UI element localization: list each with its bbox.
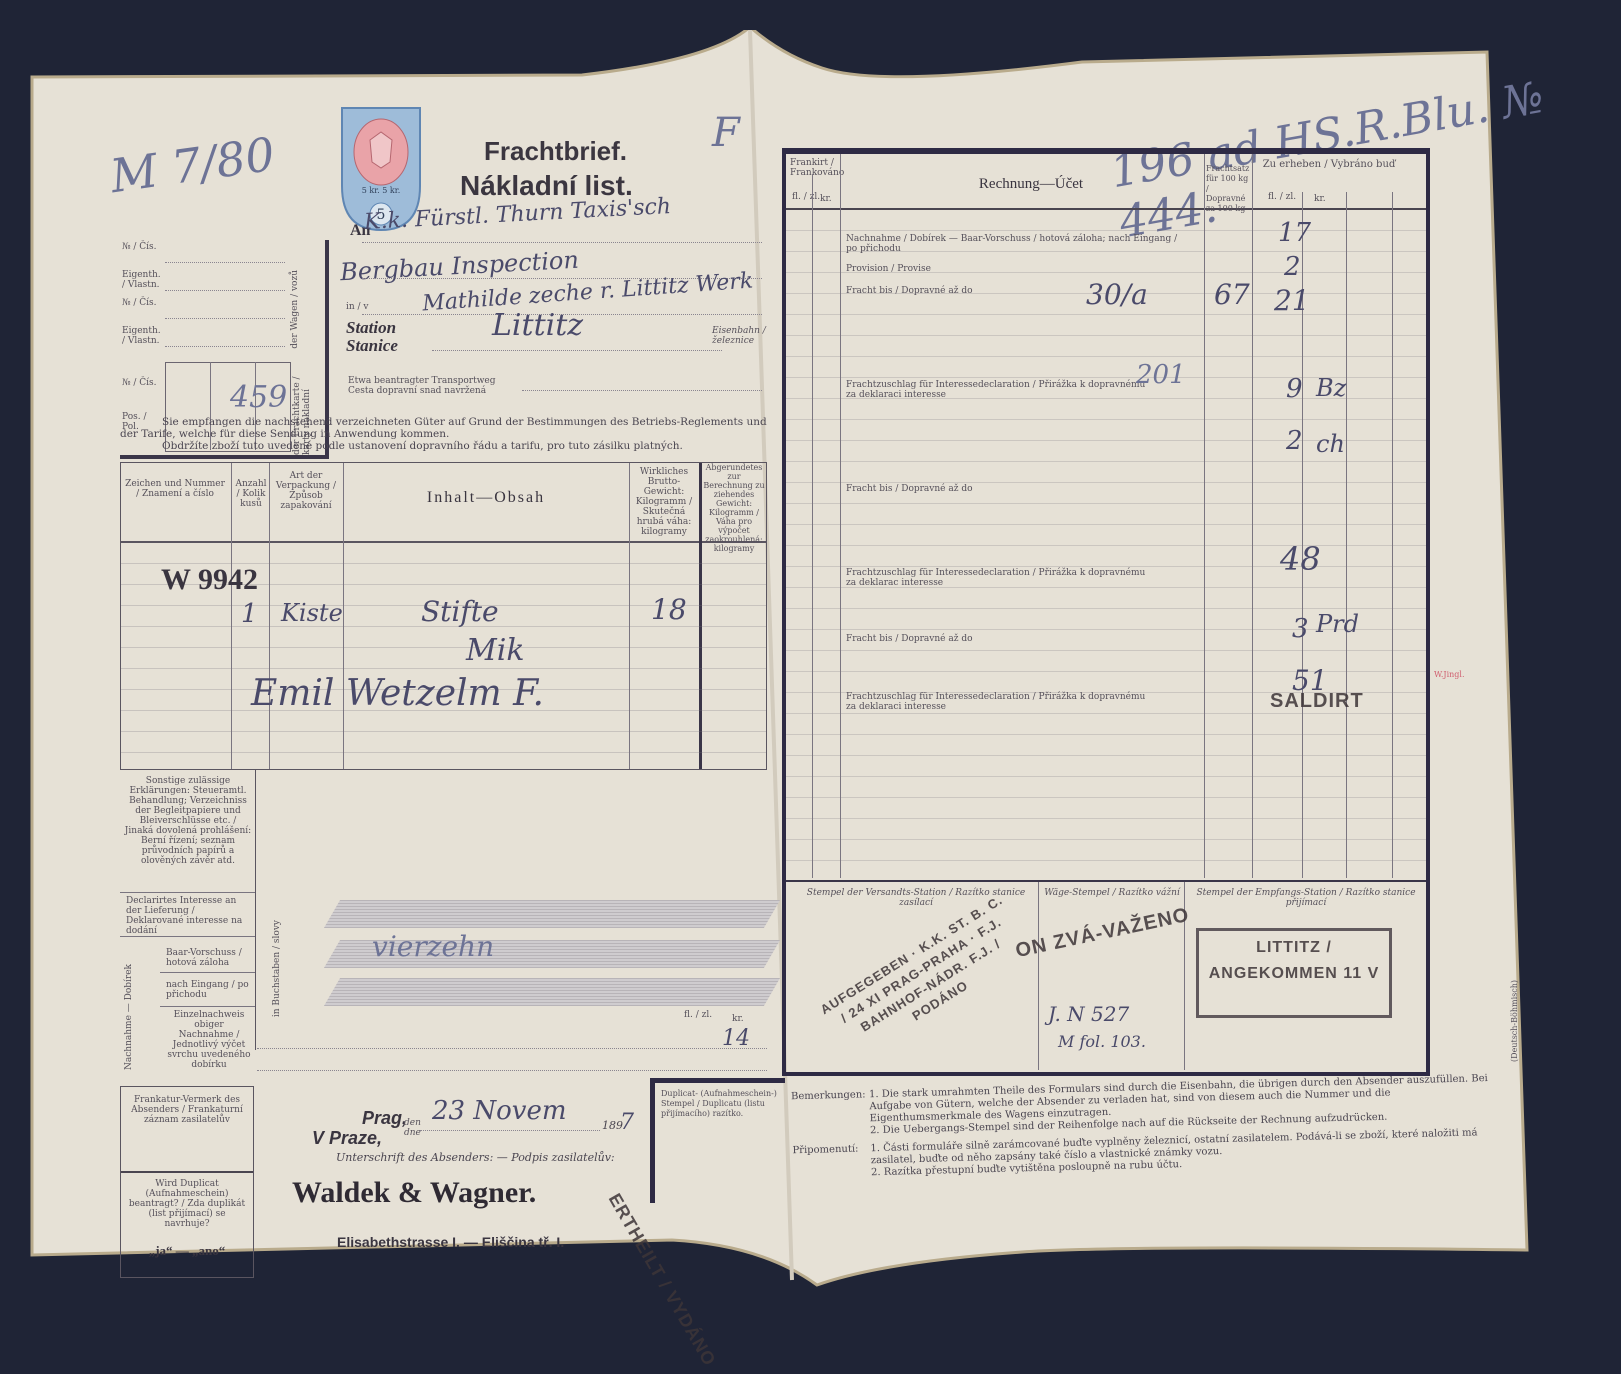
sender-signature-label: Unterschrift des Absenders: — Podpis zas…: [336, 1152, 615, 1164]
stamp-boxes: Stempel der Versandts-Station / Razítko …: [786, 880, 1426, 1070]
year-suffix: 7: [620, 1110, 634, 1135]
route-label-cs: Cesta dopravní snad navržená: [348, 386, 486, 396]
section-surcharge-3: Frachtzuschlag für Interessedeclaration …: [846, 692, 1146, 712]
header-franked: Frankirt / Frankováno: [790, 158, 838, 178]
dne-label: dne: [404, 1128, 421, 1138]
section-surcharge-1-entry: 201: [1136, 360, 1186, 390]
footer-left-box: Frankatur-Vermerk des Absenders / Franka…: [120, 1086, 254, 1278]
section-freight-2: Fracht bis / Dopravné až do: [846, 484, 973, 494]
wagon-field-3: № / Čís.: [122, 298, 162, 308]
words-band-1: [324, 900, 780, 928]
place-cs: V Praze,: [312, 1128, 382, 1149]
section-freight-3: Fracht bis / Dopravné až do: [846, 634, 973, 644]
margin-note: W.Jingl.: [1434, 670, 1465, 680]
col-gross-header: Wirkliches Brutto-Gewicht: Kilogramm / S…: [631, 467, 697, 537]
col-packing-header: Art der Verpackung / Způsob zapakování: [271, 471, 341, 511]
declared-interest: Declarirtes Interesse an der Lieferung /…: [126, 896, 250, 936]
fl-label: fl. / zl.: [684, 1010, 712, 1020]
col-content-header: Inhalt—Obsah: [346, 489, 626, 507]
dispatch-stamp: AUFGEGEBEN · K.K. ST. B. C. / 24 XI PRAG…: [814, 889, 1039, 1067]
section-freight-3-value: 3: [1292, 614, 1309, 644]
cod-after-receipt: nach Eingang / po přichodu: [166, 980, 252, 1000]
intro-cs: Obdržíte zboží tuto uvedené podle ustano…: [162, 440, 683, 452]
railway-label: Eisenbahn / železnice: [712, 326, 768, 346]
wagon-field-1: № / Čís.: [122, 242, 162, 252]
header-kr: kr.: [820, 194, 832, 204]
wagon-field-2: Eigenth. / Vlastn.: [122, 270, 162, 290]
arrival-stamp-label: Stempel der Empfangs-Station / Razítko s…: [1188, 888, 1424, 908]
wagon-side-label: der Wagen / vozů: [290, 270, 300, 349]
title-de: Frachtbrief.: [484, 136, 627, 167]
sender-address: Elisabethstrasse I. — Eliščina tř. I.: [337, 1234, 564, 1250]
duplicate-label: Wird Duplicat (Aufnahmeschein) beantragt…: [125, 1179, 249, 1229]
header-fl: fl. / zl.: [792, 192, 820, 202]
section-provision-value: 2: [1284, 252, 1301, 282]
section-cod: Nachnahme / Dobírek — Baar-Vorschuss / h…: [846, 234, 1186, 254]
freight-document: M 7/80 F 5 5 kr. 5 kr. Frachtbrief. Nákl…: [22, 30, 1587, 1295]
goods-table-header: Zeichen und Nummer / Znamení a číslo Anz…: [121, 463, 766, 543]
franking-label: Frankatur-Vermerk des Absenders / Franka…: [125, 1095, 249, 1125]
weighing-note-2: M fol. 103.: [1058, 1032, 1146, 1051]
sender-name: Waldek & Wagner.: [292, 1176, 536, 1210]
section-provision: Provision / Provise: [846, 264, 931, 274]
date-value: 23 Novem: [432, 1096, 566, 1126]
route-label-de: Etwa beantragter Transportweg: [348, 376, 496, 386]
section-freight-3-kr: Prd: [1316, 610, 1359, 638]
svg-text:5 kr. 5 kr.: 5 kr. 5 kr.: [362, 186, 400, 195]
weighing-stamp: ON ZVÁ-VAŽENO: [1014, 904, 1192, 963]
header-rate: Frachtsatz für 100 kg / Dopravné za 100 …: [1206, 164, 1250, 214]
saldirt-stamp: SALDIRT: [1270, 690, 1364, 713]
station-value: Littitz: [492, 308, 583, 343]
collect-kr: kr.: [1314, 194, 1326, 204]
section-extra-kr: ch: [1316, 430, 1345, 458]
cod-cash-advance: Baar-Vorschuss / hotová záloha: [166, 948, 252, 968]
declarations-box: Sonstige zulässige Erklärungen: Steueram…: [120, 770, 256, 1050]
in-label: in / v: [346, 302, 369, 312]
section-freight-1-value: 21: [1274, 284, 1310, 317]
section-cod-value: 17: [1278, 218, 1311, 248]
cod-itemization: Einzelnachweis obiger Nachnahme / Jednot…: [166, 1010, 252, 1070]
intro-de-1: Sie empfangen die nachstehend verzeichne…: [162, 416, 767, 428]
intro-de-2: der Tarife, welche für diese Sendung in …: [120, 428, 449, 440]
remarks-de-label: Bemerkungen:: [791, 1089, 870, 1139]
col-mark-header: Zeichen und Nummer / Znamení a číslo: [125, 479, 225, 499]
kr-label: kr.: [732, 1014, 744, 1024]
place-de: Prag,: [362, 1108, 407, 1129]
goods-table: Zeichen und Nummer / Znamení a číslo Anz…: [120, 462, 767, 770]
in-words-value: vierzehn: [372, 930, 494, 963]
card-field-1: № / Čís.: [122, 378, 162, 388]
invoice-header: Frankirt / Frankováno fl. / zl. kr. Rech…: [786, 154, 1426, 210]
section-surcharge-2: Frachtzuschlag für Interessedeclaration …: [846, 568, 1146, 588]
side-note: (Deutsch-Böhmisch): [1510, 980, 1520, 1062]
corner-note: F: [712, 110, 740, 156]
goods-gross-weight: 18: [651, 593, 687, 626]
section-surcharge-1: Frachtzuschlag für Interessedeclaration …: [846, 380, 1146, 400]
goods-count: 1: [241, 599, 258, 629]
cod-side-label: Nachnahme — Dobírek: [124, 950, 134, 1070]
in-words-label: in Buchstaben / slovy: [272, 920, 282, 1017]
goods-mark: W 9942: [161, 563, 258, 597]
signature-line-2: Emil Wetzelm F.: [251, 673, 544, 714]
station-label-cs: Stanice: [346, 336, 398, 356]
duplicate-stamp-label: Duplicat- (Aufnahmeschein-) Stempel / Du…: [661, 1089, 781, 1119]
section-surcharge-1-kr: Bz: [1316, 374, 1346, 402]
section-freight-1-rate: 67: [1214, 278, 1250, 311]
den-label: den: [404, 1118, 421, 1128]
duplicate-answer: „ja“ — „ano“: [131, 1243, 243, 1259]
header-title: Rechnung—Účet: [846, 176, 1216, 193]
weighing-stamp-label: Wäge-Stempel / Razítko vážní: [1042, 888, 1182, 898]
remarks-cs-label: Připomenutí:: [792, 1143, 871, 1181]
section-surcharge-1-value: 9: [1286, 374, 1303, 404]
weighing-note-1: J. N 527: [1048, 1002, 1129, 1026]
goods-packing: Kiste: [281, 599, 343, 627]
section-surcharge-2-value: 48: [1280, 540, 1321, 578]
invoice-frame: Frankirt / Frankováno fl. / zl. kr. Rech…: [782, 148, 1430, 1076]
station-label-de: Station: [346, 318, 396, 338]
other-declarations: Sonstige zulässige Erklärungen: Steueram…: [124, 776, 252, 866]
words-band-3: [324, 978, 780, 1006]
arrival-stamp: LITTITZ / ANGEKOMMEN 11 V: [1196, 928, 1392, 1018]
col-count-header: Anzahl / Kolik kusů: [233, 479, 269, 509]
section-freight-1: Fracht bis / Dopravné až do: [846, 286, 973, 296]
signature-line-1: Mik: [466, 633, 525, 668]
wagon-field-4: Eigenth. / Vlastn.: [122, 326, 162, 346]
goods-content: Stifte: [421, 595, 499, 628]
remarks: Bemerkungen: 1. Die stark umrahmten Thei…: [791, 1073, 1503, 1182]
section-freight-1-entry: 30/a: [1086, 278, 1148, 311]
duplicate-stamp-box: Duplicat- (Aufnahmeschein-) Stempel / Du…: [650, 1078, 785, 1203]
collect-fl: fl. / zl.: [1268, 192, 1296, 202]
card-number: 459: [230, 380, 287, 415]
col-rounded-header: Abgerundetes zur Berechnung zu ziehendes…: [703, 463, 765, 553]
header-collect: Zu erheben / Vybráno buď: [1254, 160, 1404, 170]
section-extra-value: 2: [1286, 426, 1303, 456]
